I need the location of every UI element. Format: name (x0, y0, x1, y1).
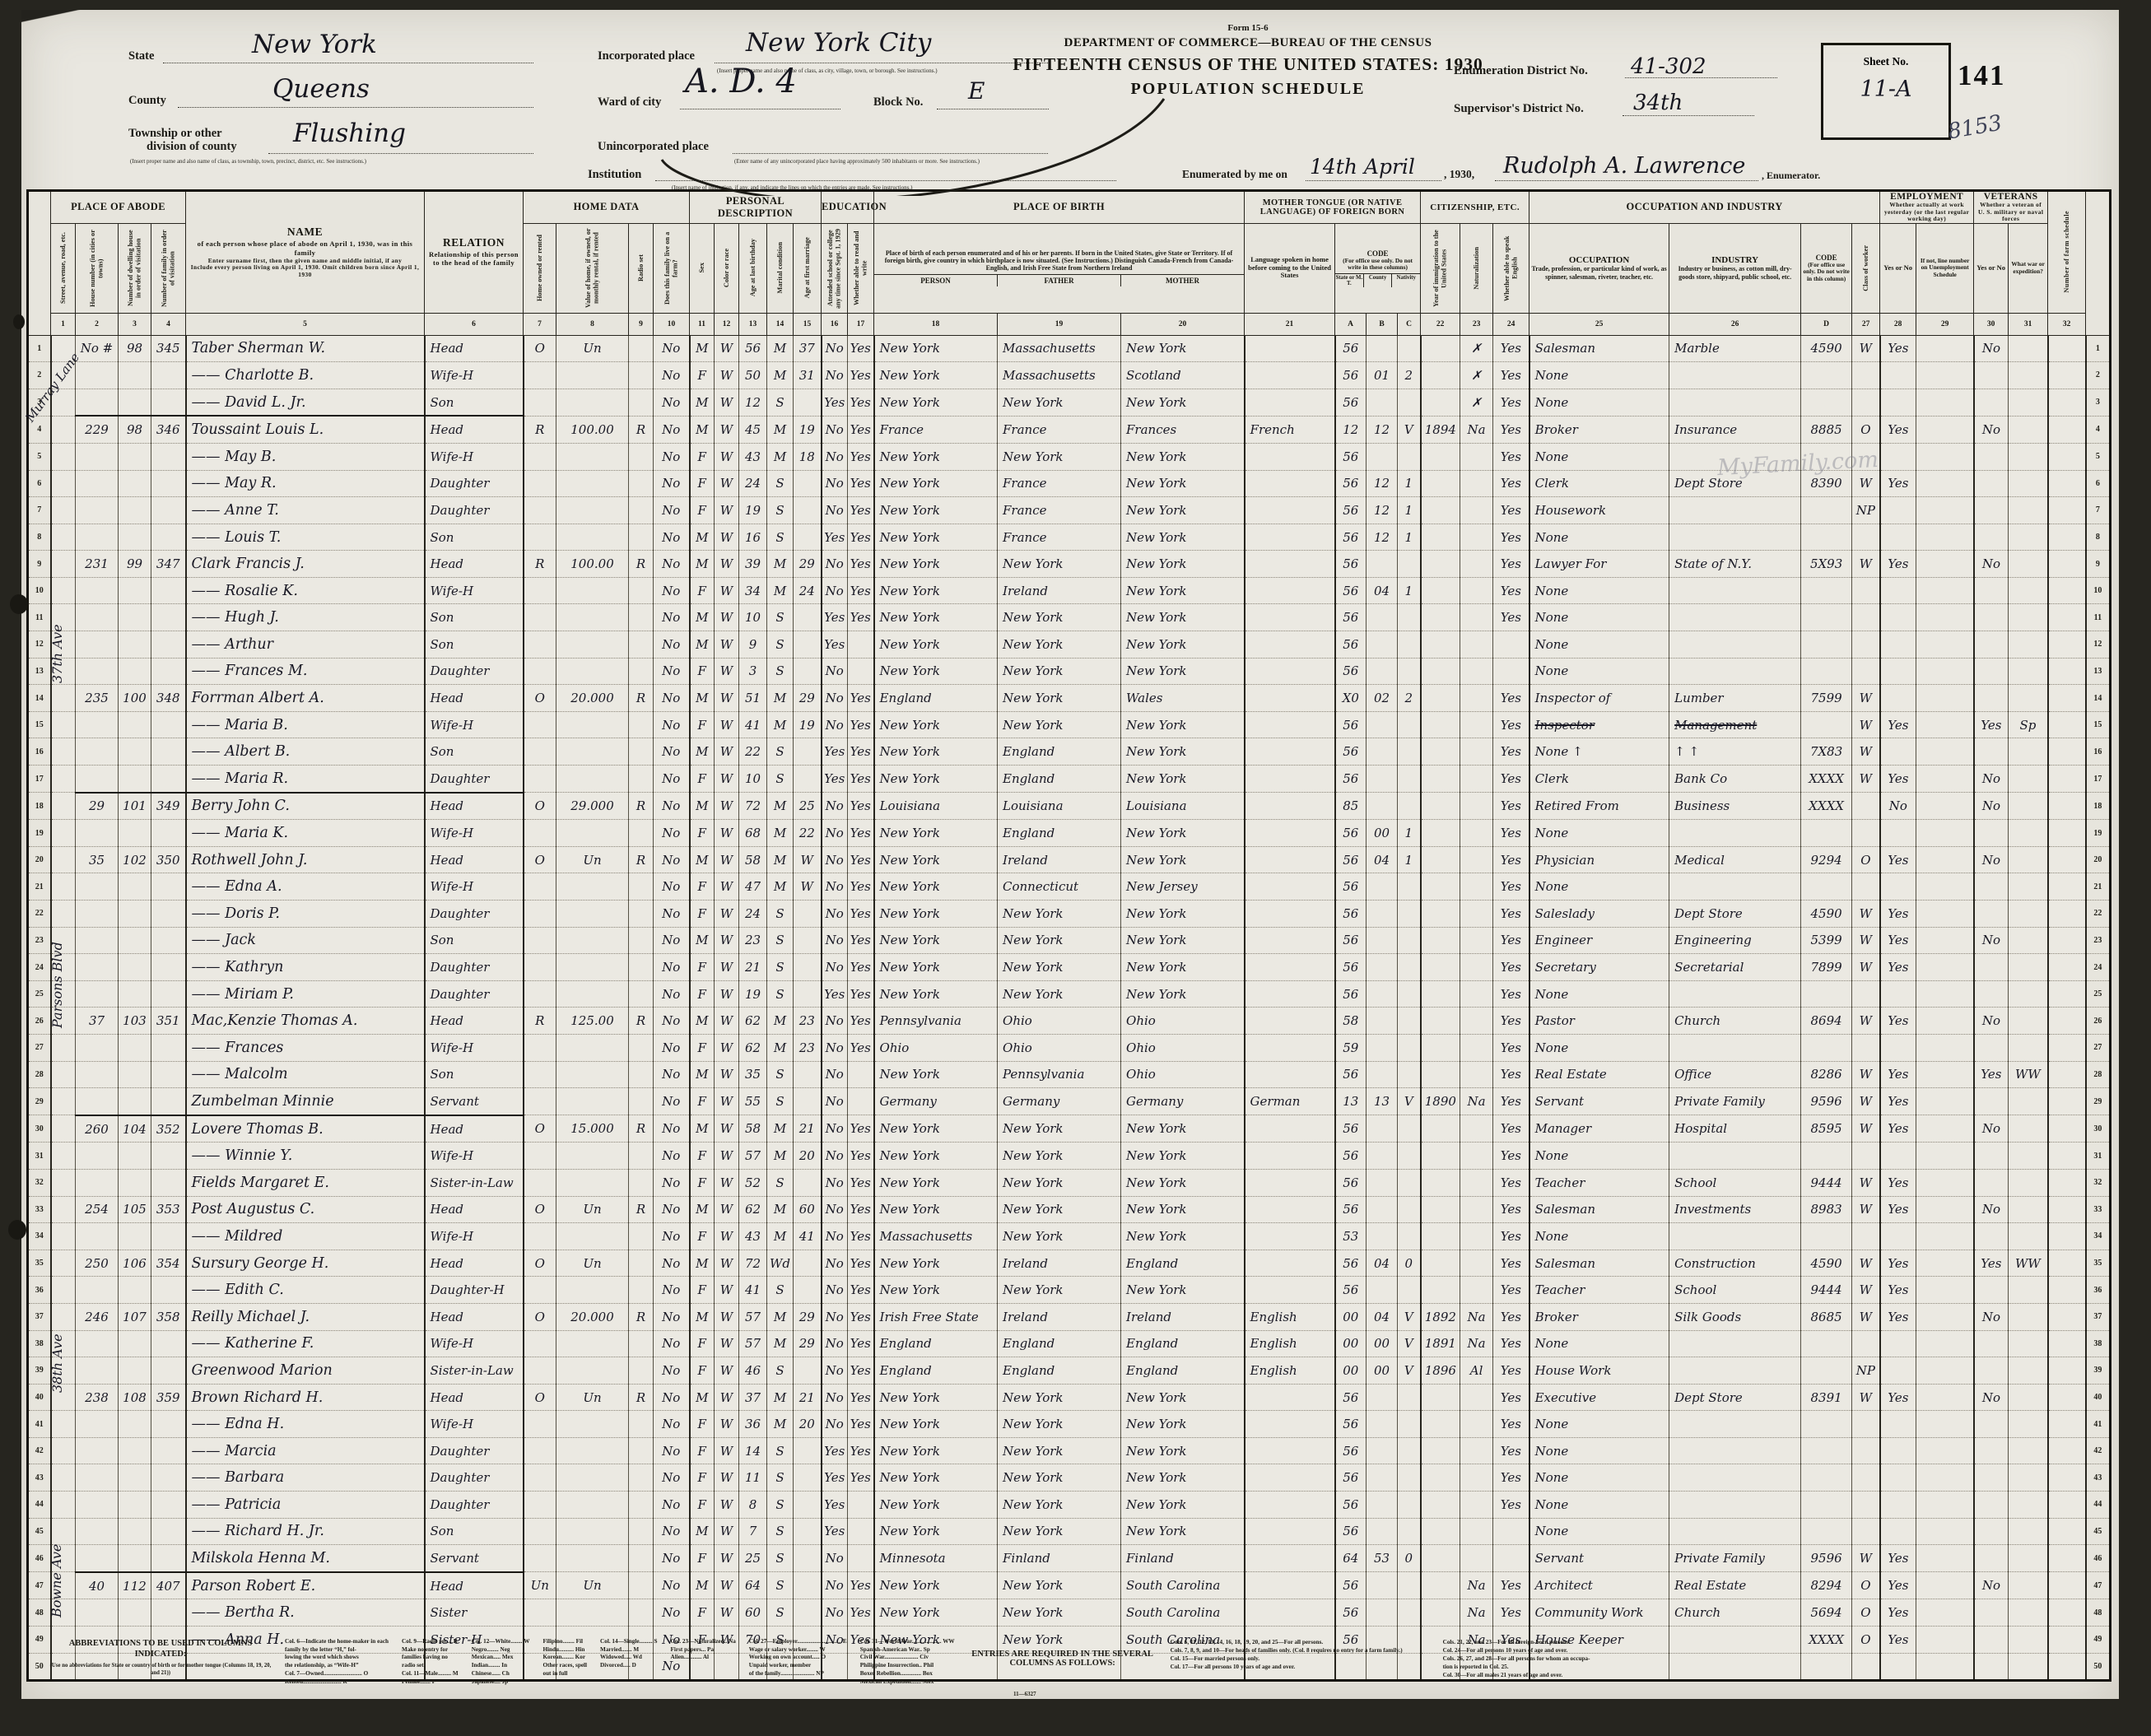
cell-lineR: 35 (2086, 1250, 2111, 1277)
cell-age: 3 (739, 658, 767, 685)
col-code-b: County (1363, 274, 1392, 287)
cell-cc (1398, 335, 1421, 362)
cell-eng: Yes (1493, 1599, 1529, 1627)
cell-color: W (715, 793, 739, 820)
cell-age: 46 (739, 1357, 767, 1385)
cell-lineR: 43 (2086, 1464, 2111, 1492)
cell-lineL: 42 (28, 1437, 51, 1464)
cell-cd: XXXX (1801, 766, 1852, 793)
cell-relation: Son (425, 1518, 524, 1545)
cell-cls: O (1852, 416, 1880, 443)
cell-dwelling (119, 1088, 151, 1115)
cell-read: Yes (848, 577, 874, 604)
cell-nat (1460, 1143, 1493, 1170)
cell-house: 238 (76, 1384, 119, 1411)
cell-lineL: 17 (28, 766, 51, 793)
cell-value (556, 766, 629, 793)
cell-house: 260 (76, 1115, 119, 1143)
cell-eng (1493, 631, 1529, 659)
cell-ind (1669, 658, 1801, 685)
cell-color: W (715, 1061, 739, 1088)
cell-bf: New York (998, 1277, 1121, 1304)
cell-agem: W (794, 846, 822, 873)
cell-ind (1669, 1492, 1801, 1519)
cell-eng: Yes (1493, 711, 1529, 738)
cell-bm: New York (1121, 551, 1245, 578)
div: Col. 14—Single......... S (600, 1638, 658, 1646)
cell-ind (1669, 1034, 1801, 1061)
cell-ca: 56 (1335, 631, 1366, 659)
col-sex: Sex (690, 223, 715, 313)
cell-radio (629, 1034, 654, 1061)
cell-emp (1880, 1437, 1916, 1464)
cell-fsched (2048, 1223, 2086, 1250)
cell-dwelling (119, 658, 151, 685)
cell-house (76, 1464, 119, 1492)
cell-house: 246 (76, 1303, 119, 1330)
cell-value: 100.00 (556, 416, 629, 443)
cell-family (151, 1061, 186, 1088)
cell-value: Un (556, 1572, 629, 1599)
cell-agem (794, 389, 822, 416)
cell-lang (1245, 1545, 1335, 1572)
cell-occ: Clerk (1529, 470, 1669, 497)
cell-house (76, 604, 119, 631)
cell-house (76, 1143, 119, 1170)
cell-value (556, 1518, 629, 1545)
cell-nat (1460, 1223, 1493, 1250)
cell-bm: Louisiana (1121, 793, 1245, 820)
table-row: 34—— MildredWife-HNoFW43M41NoYesMassachu… (28, 1223, 2111, 1250)
cell-imm (1421, 793, 1460, 820)
cell-house: 229 (76, 416, 119, 443)
cell-school: No (822, 1061, 848, 1088)
cell-emp: Yes (1880, 1061, 1916, 1088)
col-marital: Marital condition (767, 223, 794, 313)
cell-nat: ✗ (1460, 362, 1493, 389)
div: of the family....................... NP (749, 1670, 847, 1678)
table-row: 1No #98345Taber Sherman W.HeadOUnNoMW56M… (28, 335, 2111, 362)
cell-lineL: 8 (28, 524, 51, 551)
cell-fsched (2048, 685, 2086, 712)
cell-nat (1460, 846, 1493, 873)
cell-war (2009, 524, 2048, 551)
cell-value (556, 1545, 629, 1572)
cell-owned (524, 443, 556, 470)
cell-marital: S (767, 604, 794, 631)
cell-ind (1669, 1518, 1801, 1545)
cell-cb (1366, 1034, 1398, 1061)
cell-war (2009, 604, 2048, 631)
cell-cc (1398, 873, 1421, 901)
cell-school: No (822, 1034, 848, 1061)
cell-bm: New York (1121, 658, 1245, 685)
cell-imm: 1890 (1421, 1088, 1460, 1115)
col-number-31: 31 (2009, 313, 2048, 335)
cell-war (2009, 1169, 2048, 1196)
cell-dwelling (119, 1034, 151, 1061)
cell-bf: New York (998, 927, 1121, 954)
cell-read: Yes (848, 1411, 874, 1438)
state-value: New York (252, 30, 377, 59)
cell-ind: Dept Store (1669, 1384, 1801, 1411)
cell-ca: 56 (1335, 954, 1366, 981)
cell-age: 57 (739, 1303, 767, 1330)
table-row: 7—— Anne T.DaughterNoFW19SNoYesNew YorkF… (28, 497, 2111, 524)
cell-lineR: 44 (2086, 1492, 2111, 1519)
cell-bf: Ohio (998, 1034, 1121, 1061)
cell-family (151, 1437, 186, 1464)
cell-agem (794, 1464, 822, 1492)
cell-name: Greenwood Marion (186, 1357, 425, 1385)
cell-lang (1245, 1492, 1335, 1519)
cell-school: No (822, 577, 848, 604)
cell-ca: 00 (1335, 1330, 1366, 1357)
div: Civil War....................... Civ (860, 1654, 955, 1662)
cell-family (151, 1357, 186, 1385)
township-note: (Insert proper name and also name of cla… (130, 158, 366, 165)
cell-dwelling (119, 1143, 151, 1170)
cell-fsched (2048, 577, 2086, 604)
cell-dwelling: 102 (119, 846, 151, 873)
col-farm-schedule: Number of farm schedule (2048, 191, 2086, 314)
cell-ca: 56 (1335, 1143, 1366, 1170)
cell-value (556, 1411, 629, 1438)
cell-ca: 56 (1335, 711, 1366, 738)
cell-lang (1245, 1411, 1335, 1438)
cell-bf: Connecticut (998, 873, 1121, 901)
cell-eng: Yes (1493, 954, 1529, 981)
cell-lineL: 12 (28, 631, 51, 659)
cell-nat: Na (1460, 416, 1493, 443)
cell-imm (1421, 873, 1460, 901)
cell-lang (1245, 1169, 1335, 1196)
cell-family: 349 (151, 793, 186, 820)
cell-sex: F (690, 711, 715, 738)
cell-cls: W (1852, 711, 1880, 738)
cell-house (76, 524, 119, 551)
cell-war (2009, 1518, 2048, 1545)
entries-required-title: ENTRIES ARE REQUIRED IN THE SEVERAL COLU… (968, 1650, 1157, 1668)
col-number-13: 13 (739, 313, 767, 335)
cell-radio (629, 1143, 654, 1170)
cell-cc: V (1398, 1303, 1421, 1330)
cell-house (76, 1437, 119, 1464)
cell-name: —— Arthur (186, 631, 425, 659)
cell-war (2009, 470, 2048, 497)
street-name-label: 37th Ave (49, 541, 74, 767)
cell-color: W (715, 1384, 739, 1411)
cell-war (2009, 685, 2048, 712)
cell-school: Yes (822, 1437, 848, 1464)
cell-war (2009, 1143, 2048, 1170)
cell-lineL: 18 (28, 793, 51, 820)
cell-emp: Yes (1880, 711, 1916, 738)
cell-bp: New York (874, 1196, 998, 1223)
cell-street (51, 1196, 76, 1223)
cell-relation: Son (425, 389, 524, 416)
cell-family: 350 (151, 846, 186, 873)
cell-sex: F (690, 1437, 715, 1464)
cell-color: W (715, 1115, 739, 1143)
cell-ca: 56 (1335, 335, 1366, 362)
cell-bm: New York (1121, 443, 1245, 470)
cell-cd (1801, 524, 1852, 551)
cell-color: W (715, 1277, 739, 1304)
cell-bf: New York (998, 631, 1121, 659)
cell-nat (1460, 604, 1493, 631)
cell-vet: No (1974, 1384, 2009, 1411)
cell-bf: New York (998, 685, 1121, 712)
cell-emp: Yes (1880, 1250, 1916, 1277)
cell-sex: F (690, 1088, 715, 1115)
cell-marital: S (767, 927, 794, 954)
cell-eng: Yes (1493, 1277, 1529, 1304)
cell-lang (1245, 577, 1335, 604)
cell-eng: Yes (1493, 1061, 1529, 1088)
cell-color: W (715, 362, 739, 389)
cell-read: Yes (848, 1115, 874, 1143)
cell-family (151, 1411, 186, 1438)
name-note-2: Include every person living on April 1, … (186, 264, 424, 278)
cell-owned (524, 1223, 556, 1250)
cell-lineL: 37 (28, 1303, 51, 1330)
cell-eng: Yes (1493, 1196, 1529, 1223)
cell-bf: New York (998, 1464, 1121, 1492)
cell-name: Zumbelman Minnie (186, 1088, 425, 1115)
cell-agem (794, 497, 822, 524)
cell-war (2009, 497, 2048, 524)
cell-dwelling (119, 1330, 151, 1357)
cell-owned: O (524, 846, 556, 873)
cell-school: Yes (822, 524, 848, 551)
cell-value: 20.000 (556, 1303, 629, 1330)
cell-lang (1245, 362, 1335, 389)
cell-agem (794, 470, 822, 497)
census-scan: { "page": { "form_no": "Form 15-6", "dep… (0, 0, 2151, 1736)
supervisor-district-label: Supervisor's District No. (1454, 102, 1584, 116)
cell-cd (1801, 1411, 1852, 1438)
cell-vet: No (1974, 551, 2009, 578)
cell-radio (629, 927, 654, 954)
div: Radio set (637, 254, 645, 282)
cell-fsched (2048, 901, 2086, 928)
cell-lang (1245, 793, 1335, 820)
cell-bp: England (874, 685, 998, 712)
cell-sex: F (690, 1143, 715, 1170)
cell-cb (1366, 901, 1398, 928)
cell-marital: M (767, 1008, 794, 1035)
cell-lineL: 29 (28, 1088, 51, 1115)
cell-school: No (822, 443, 848, 470)
cell-street (51, 470, 76, 497)
cell-cc (1398, 1034, 1421, 1061)
cell-lineR: 37 (2086, 1303, 2111, 1330)
cell-war (2009, 927, 2048, 954)
div: (For office use only. Do not write in th… (1335, 258, 1420, 272)
cell-fsched (2048, 1437, 2086, 1464)
cell-name: —— Anne T. (186, 497, 425, 524)
cell-name: —— Hugh J. (186, 604, 425, 631)
cell-occ: None (1529, 820, 1669, 847)
cell-agem: 31 (794, 362, 822, 389)
cell-lineR: 6 (2086, 470, 2111, 497)
cell-cls: W (1852, 470, 1880, 497)
cell-cls: W (1852, 1115, 1880, 1143)
cell-farm: No (654, 1599, 690, 1627)
cell-emp (1880, 980, 1916, 1008)
cell-street (51, 443, 76, 470)
cell-ca: 56 (1335, 551, 1366, 578)
cell-color: W (715, 658, 739, 685)
cell-ind (1669, 873, 1801, 901)
cell-imm (1421, 1411, 1460, 1438)
cell-empno (1916, 497, 1974, 524)
cell-emp (1880, 873, 1916, 901)
cell-marital: S (767, 1061, 794, 1088)
relation-title: RELATION (425, 236, 523, 249)
cell-radio (629, 1277, 654, 1304)
cell-age: 41 (739, 711, 767, 738)
cell-school: No (822, 1357, 848, 1385)
cell-cb (1366, 1437, 1398, 1464)
cell-emp (1880, 1464, 1916, 1492)
group-citizenship: CITIZENSHIP, ETC. (1421, 191, 1529, 224)
cell-bf: New York (998, 443, 1121, 470)
cell-read: Yes (848, 846, 874, 873)
cell-family (151, 443, 186, 470)
cell-cc (1398, 980, 1421, 1008)
county-value: Queens (272, 74, 370, 104)
table-row: 35250106354Sursury George H.HeadOUnNoMW7… (28, 1250, 2111, 1277)
cell-empno (1916, 1250, 1974, 1277)
cell-cb (1366, 1599, 1398, 1627)
cell-radio (629, 658, 654, 685)
cell-owned (524, 873, 556, 901)
cell-empno (1916, 1303, 1974, 1330)
cell-bp: New York (874, 1411, 998, 1438)
cell-school: No (822, 954, 848, 981)
span (268, 153, 533, 154)
cell-fsched (2048, 1115, 2086, 1143)
cell-occ: Salesman (1529, 335, 1669, 362)
cell-owned (524, 1411, 556, 1438)
cell-bf: New York (998, 604, 1121, 631)
cell-war (2009, 1572, 2048, 1599)
cell-bf: England (998, 738, 1121, 766)
cell-imm (1421, 443, 1460, 470)
table-row: 923199347Clark Francis J.HeadR100.00RNoM… (28, 551, 2111, 578)
cell-bp: New York (874, 711, 998, 738)
print-code: 11—6327 (1013, 1691, 1036, 1697)
cell-relation: Head (425, 416, 524, 443)
cell-eng: Yes (1493, 1115, 1529, 1143)
cell-ind: School (1669, 1277, 1801, 1304)
cell-family: 347 (151, 551, 186, 578)
div: Japanese.... Jp (472, 1678, 530, 1687)
cell-farm: No (654, 1250, 690, 1277)
cell-color: W (715, 1599, 739, 1627)
cell-value (556, 980, 629, 1008)
cell-owned (524, 1034, 556, 1061)
cell-empno (1916, 1411, 1974, 1438)
cell-marital: M (767, 873, 794, 901)
cell-school: No (822, 658, 848, 685)
cell-occ: None (1529, 1411, 1669, 1438)
cell-lineR: 47 (2086, 1572, 2111, 1599)
table-row: 2637103351Mac,Kenzie Thomas A.HeadR125.0… (28, 1008, 2111, 1035)
cell-lineR: 24 (2086, 954, 2111, 981)
cell-name: Mac,Kenzie Thomas A. (186, 1008, 425, 1035)
cell-read: Yes (848, 1143, 874, 1170)
cell-cls (1852, 1437, 1880, 1464)
cell-house (76, 873, 119, 901)
cell-marital: Wd (767, 1250, 794, 1277)
cell-value: 15.000 (556, 1115, 629, 1143)
cell-sex: F (690, 362, 715, 389)
cell-house (76, 901, 119, 928)
cell-marital: M (767, 335, 794, 362)
col-number-22: 22 (1421, 313, 1460, 335)
col-number-21: 21 (1245, 313, 1335, 335)
cell-farm: No (654, 470, 690, 497)
cell-war (2009, 335, 2048, 362)
cell-cd: 4590 (1801, 335, 1852, 362)
cell-cb: 01 (1366, 362, 1398, 389)
cell-ca: 56 (1335, 524, 1366, 551)
cell-lineL: 24 (28, 954, 51, 981)
veterans-desc: Whether a veteran of U. S. military or n… (1974, 202, 2047, 223)
cell-cls: W (1852, 954, 1880, 981)
cell-house (76, 362, 119, 389)
div: House number (in cities or towns) (89, 227, 105, 310)
cell-occ: Broker (1529, 1303, 1669, 1330)
cell-lineR: 7 (2086, 497, 2111, 524)
cell-relation: Head (425, 1572, 524, 1599)
cell-vet (1974, 389, 2009, 416)
cell-name: —— Maria B. (186, 711, 425, 738)
cell-owned (524, 604, 556, 631)
cell-war (2009, 1008, 2048, 1035)
cell-war: Sp (2009, 711, 2048, 738)
cell-lineL: 27 (28, 1034, 51, 1061)
cell-sex: M (690, 1061, 715, 1088)
cell-age: 41 (739, 1277, 767, 1304)
cell-family (151, 658, 186, 685)
div: Working on own account..... O (749, 1654, 847, 1662)
cell-ca: 56 (1335, 1437, 1366, 1464)
cell-relation: Son (425, 604, 524, 631)
cell-color: W (715, 416, 739, 443)
cell-agem (794, 1357, 822, 1385)
cell-cc (1398, 766, 1421, 793)
cell-house: 231 (76, 551, 119, 578)
cell-owned (524, 389, 556, 416)
cell-bp: New York (874, 1061, 998, 1088)
cell-dwelling (119, 389, 151, 416)
cell-color: W (715, 1143, 739, 1170)
group-place-of-abode: PLACE OF ABODE (51, 191, 186, 224)
cell-cd (1801, 873, 1852, 901)
cell-marital: S (767, 658, 794, 685)
div: Year of immigration to the United States (1432, 227, 1448, 310)
div: Street, avenue, road, etc. (59, 232, 68, 304)
cell-fsched (2048, 1518, 2086, 1545)
cell-cls: W (1852, 927, 1880, 954)
cell-relation: Son (425, 1061, 524, 1088)
cell-age: 55 (739, 1088, 767, 1115)
cell-bp: England (874, 1357, 998, 1385)
